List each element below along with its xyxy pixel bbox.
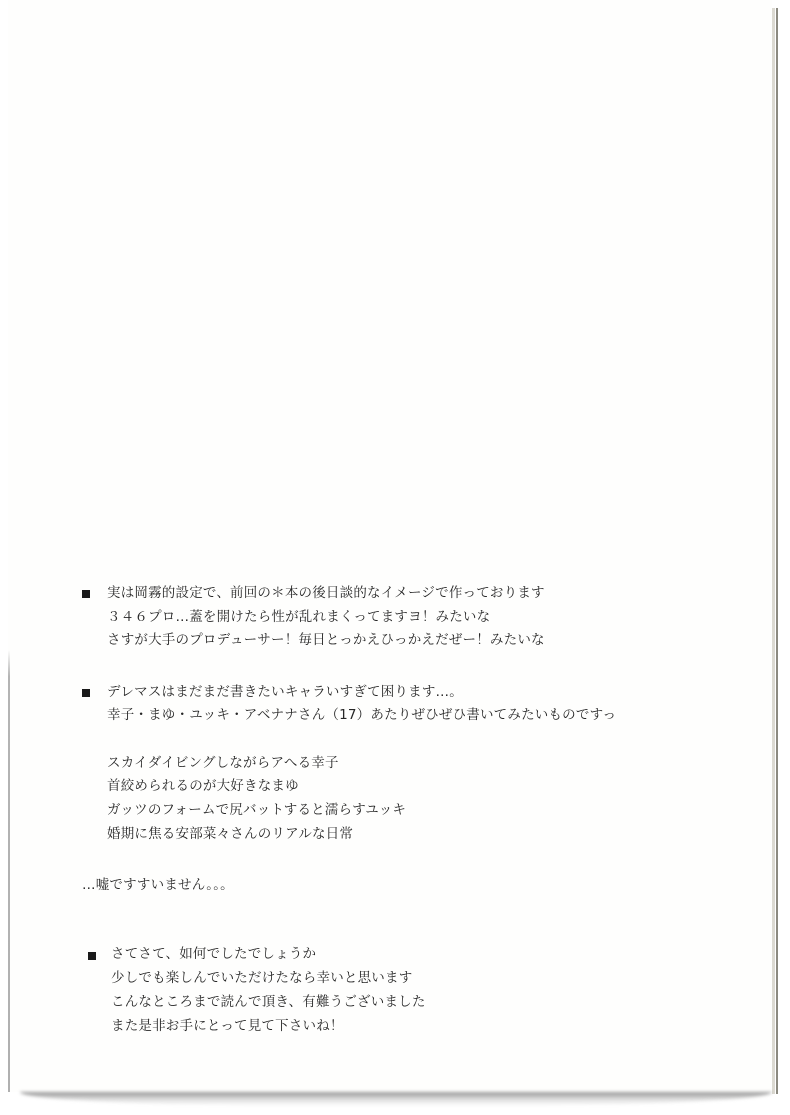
bullet-square-icon bbox=[82, 689, 90, 697]
document-page bbox=[8, 0, 772, 1092]
section-5-line-2: 少しでも楽しんでいただけたなら幸いと思います bbox=[111, 970, 412, 986]
bullet-square-icon bbox=[88, 952, 96, 960]
section-2-line-2: 幸子・まゆ・ユッキ・アベナナさん（17）あたりぜひぜひ書いてみたいものですっ bbox=[107, 707, 616, 723]
idea-line-1: スカイダイビングしながらアへる幸子 bbox=[107, 755, 339, 771]
bullet-square-icon bbox=[82, 590, 90, 598]
page-bottom-shadow bbox=[20, 1092, 772, 1106]
section-1-line-3: さすが大手のプロデューサー！毎日とっかえひっかえだぜー！みたいな bbox=[107, 632, 545, 648]
section-2-line-1: デレマスはまだまだ書きたいキャラいすぎて困ります…。 bbox=[107, 684, 463, 700]
idea-line-2: 首絞められるのが大好きなまゆ bbox=[107, 778, 299, 794]
page-left-edge bbox=[8, 650, 10, 1092]
page-right-edge-inner bbox=[772, 8, 775, 1094]
page-right-edge-outer bbox=[776, 8, 778, 1094]
section-1-line-2: ３４６プロ…蓋を開けたら性が乱れまくってますヨ！みたいな bbox=[107, 609, 490, 625]
section-5-line-3: こんなところまで読んで頂き、有難うございました bbox=[111, 994, 426, 1010]
idea-line-3: ガッツのフォームで尻バットすると濡らすユッキ bbox=[107, 802, 406, 818]
section-5-line-4: また是非お手にとって見て下さいね！ bbox=[111, 1018, 344, 1034]
apology-line: …嘘ですすいません。。。 bbox=[82, 877, 234, 893]
section-1-line-1: 実は岡霧的設定で、前回の＊本の後日談的なイメージで作っております bbox=[107, 585, 545, 601]
section-5-line-1: さてさて、如何でしたでしょうか bbox=[111, 946, 316, 962]
idea-line-4: 婚期に焦る安部菜々さんのリアルな日常 bbox=[107, 826, 353, 842]
